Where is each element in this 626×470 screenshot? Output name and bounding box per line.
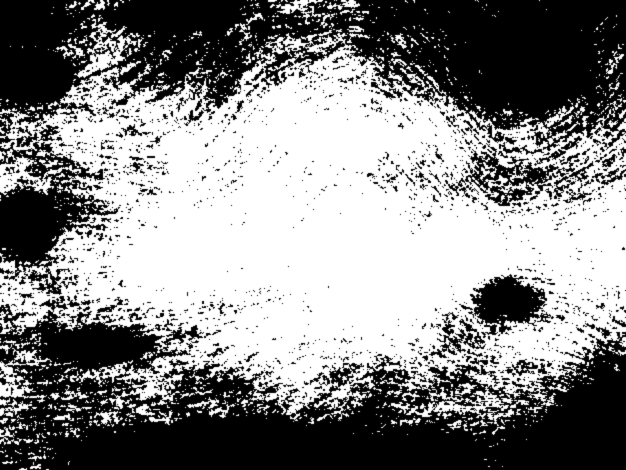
texture-page (0, 0, 626, 470)
grunge-texture-image (0, 0, 626, 470)
